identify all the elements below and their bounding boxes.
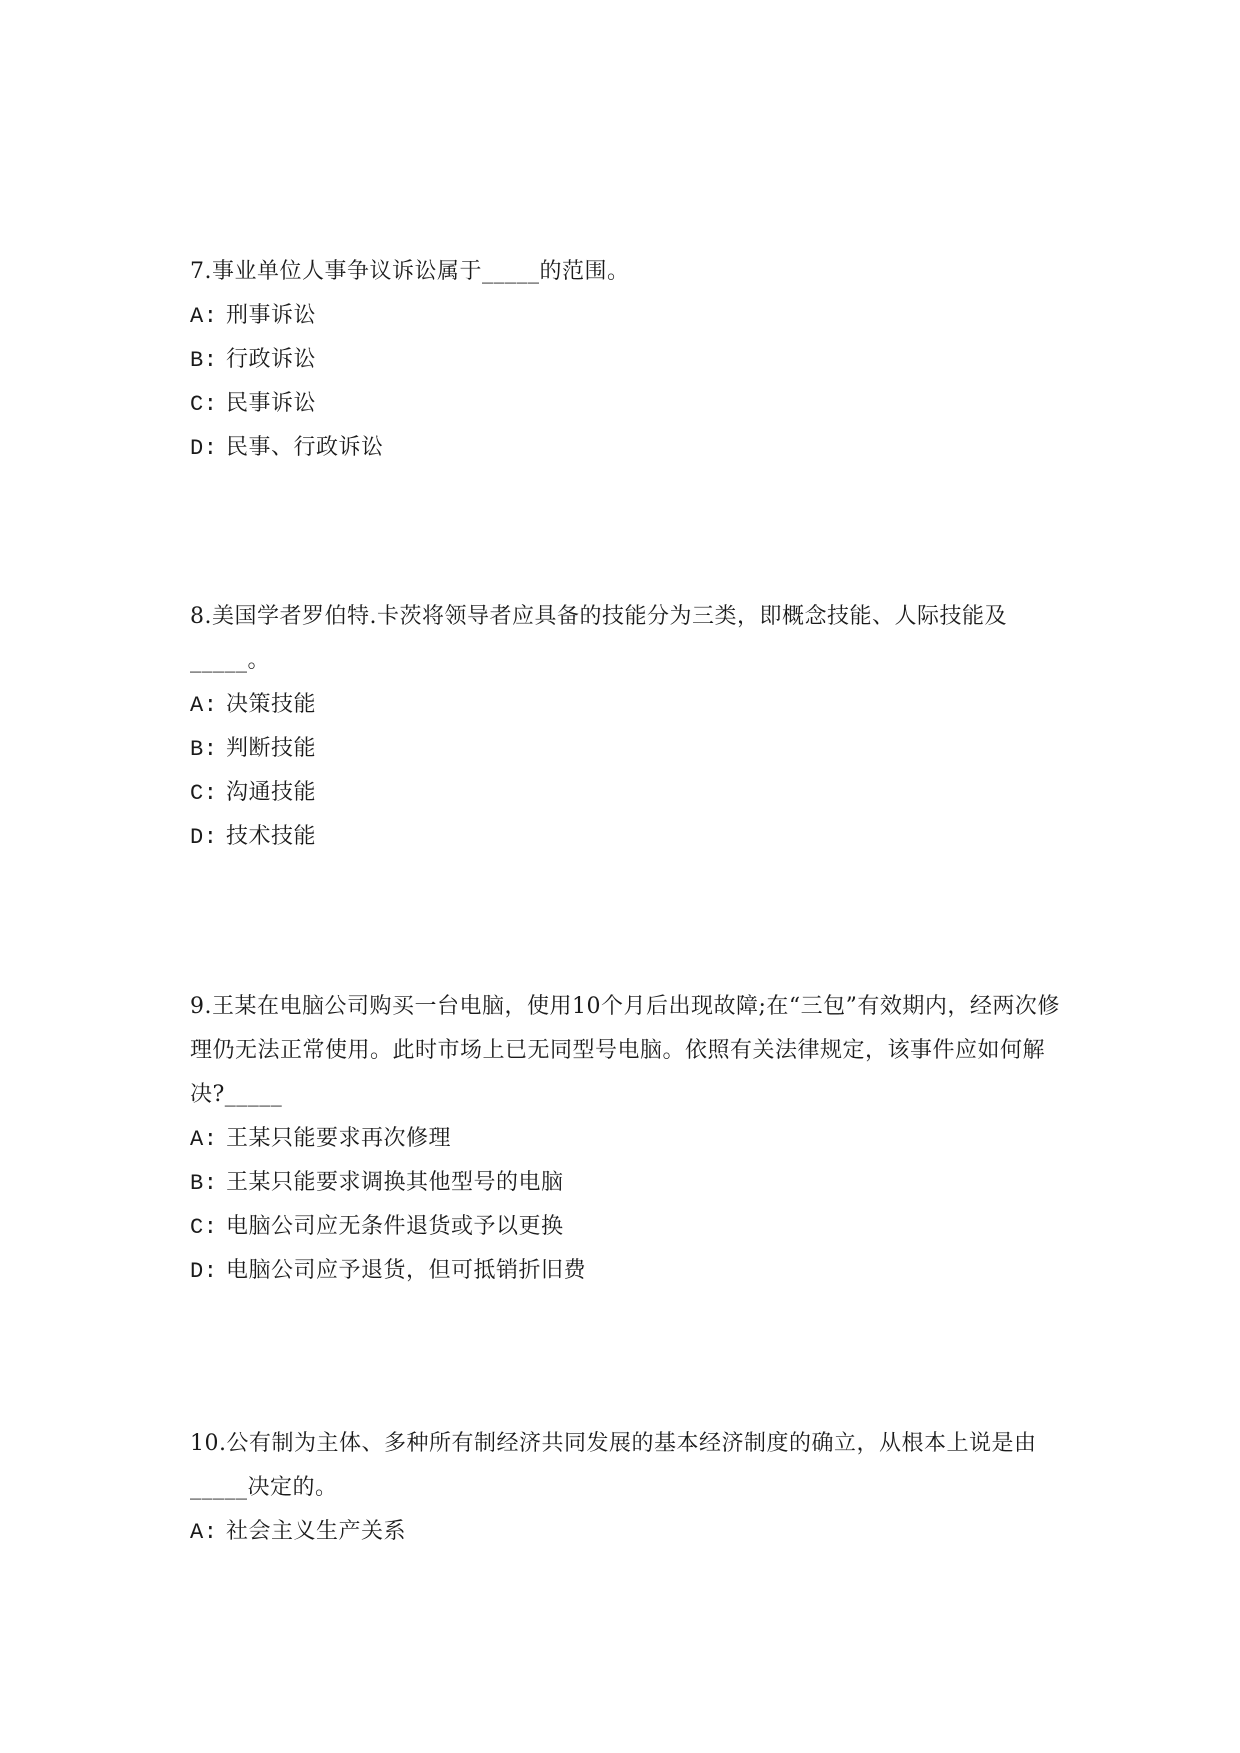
option-a: A:刑事诉讼 xyxy=(190,294,1060,338)
option-list: A:社会主义生产关系 xyxy=(190,1510,1060,1554)
option-b: B:王某只能要求调换其他型号的电脑 xyxy=(190,1161,1060,1205)
question-stem: 7.事业单位人事争议诉讼属于_____的范围。 xyxy=(190,250,1060,294)
question-stem: 10.公有制为主体、多种所有制经济共同发展的基本经济制度的确立，从根本上说是由_… xyxy=(190,1422,1060,1510)
option-a: A:社会主义生产关系 xyxy=(190,1510,1060,1554)
option-a: A:王某只能要求再次修理 xyxy=(190,1117,1060,1161)
option-list: A:刑事诉讼 B:行政诉讼 C:民事诉讼 D:民事、行政诉讼 xyxy=(190,294,1060,470)
option-letter: B: xyxy=(190,728,226,772)
option-text: 王某只能要求再次修理 xyxy=(226,1126,451,1151)
option-letter: B: xyxy=(190,1162,226,1206)
option-letter: D: xyxy=(190,816,226,860)
option-letter: D: xyxy=(190,1250,226,1294)
question-stem: 9.王某在电脑公司购买一台电脑，使用10个月后出现故障;在“三包”有效期内，经两… xyxy=(190,985,1060,1117)
document-page: 7.事业单位人事争议诉讼属于_____的范围。 A:刑事诉讼 B:行政诉讼 C:… xyxy=(0,0,1240,1753)
option-letter: C: xyxy=(190,383,226,427)
option-text: 民事、行政诉讼 xyxy=(226,435,384,460)
option-d: D:民事、行政诉讼 xyxy=(190,426,1060,470)
option-letter: A: xyxy=(190,1511,226,1555)
option-d: D:电脑公司应予退货，但可抵销折旧费 xyxy=(190,1249,1060,1293)
option-b: B:判断技能 xyxy=(190,727,1060,771)
option-d: D:技术技能 xyxy=(190,815,1060,859)
option-text: 决策技能 xyxy=(226,692,316,717)
option-text: 电脑公司应予退货，但可抵销折旧费 xyxy=(226,1258,586,1283)
option-b: B:行政诉讼 xyxy=(190,338,1060,382)
option-a: A:决策技能 xyxy=(190,683,1060,727)
option-text: 沟通技能 xyxy=(226,780,316,805)
option-letter: D: xyxy=(190,427,226,471)
option-c: C:民事诉讼 xyxy=(190,382,1060,426)
option-text: 民事诉讼 xyxy=(226,391,316,416)
question-stem: 8.美国学者罗伯特.卡茨将领导者应具备的技能分为三类，即概念技能、人际技能及__… xyxy=(190,595,1060,683)
option-text: 电脑公司应无条件退货或予以更换 xyxy=(226,1214,564,1239)
question-7: 7.事业单位人事争议诉讼属于_____的范围。 A:刑事诉讼 B:行政诉讼 C:… xyxy=(190,250,1060,470)
option-c: C:电脑公司应无条件退货或予以更换 xyxy=(190,1205,1060,1249)
option-list: A:王某只能要求再次修理 B:王某只能要求调换其他型号的电脑 C:电脑公司应无条… xyxy=(190,1117,1060,1293)
question-9: 9.王某在电脑公司购买一台电脑，使用10个月后出现故障;在“三包”有效期内，经两… xyxy=(190,985,1060,1293)
option-letter: C: xyxy=(190,1206,226,1250)
option-letter: B: xyxy=(190,339,226,383)
option-letter: A: xyxy=(190,295,226,339)
option-text: 王某只能要求调换其他型号的电脑 xyxy=(226,1170,564,1195)
option-text: 刑事诉讼 xyxy=(226,303,316,328)
question-8: 8.美国学者罗伯特.卡茨将领导者应具备的技能分为三类，即概念技能、人际技能及__… xyxy=(190,595,1060,859)
option-text: 技术技能 xyxy=(226,824,316,849)
question-10: 10.公有制为主体、多种所有制经济共同发展的基本经济制度的确立，从根本上说是由_… xyxy=(190,1422,1060,1554)
option-letter: A: xyxy=(190,1118,226,1162)
option-text: 判断技能 xyxy=(226,736,316,761)
option-letter: A: xyxy=(190,684,226,728)
option-c: C:沟通技能 xyxy=(190,771,1060,815)
option-text: 行政诉讼 xyxy=(226,347,316,372)
option-text: 社会主义生产关系 xyxy=(226,1519,406,1544)
option-letter: C: xyxy=(190,772,226,816)
option-list: A:决策技能 B:判断技能 C:沟通技能 D:技术技能 xyxy=(190,683,1060,859)
